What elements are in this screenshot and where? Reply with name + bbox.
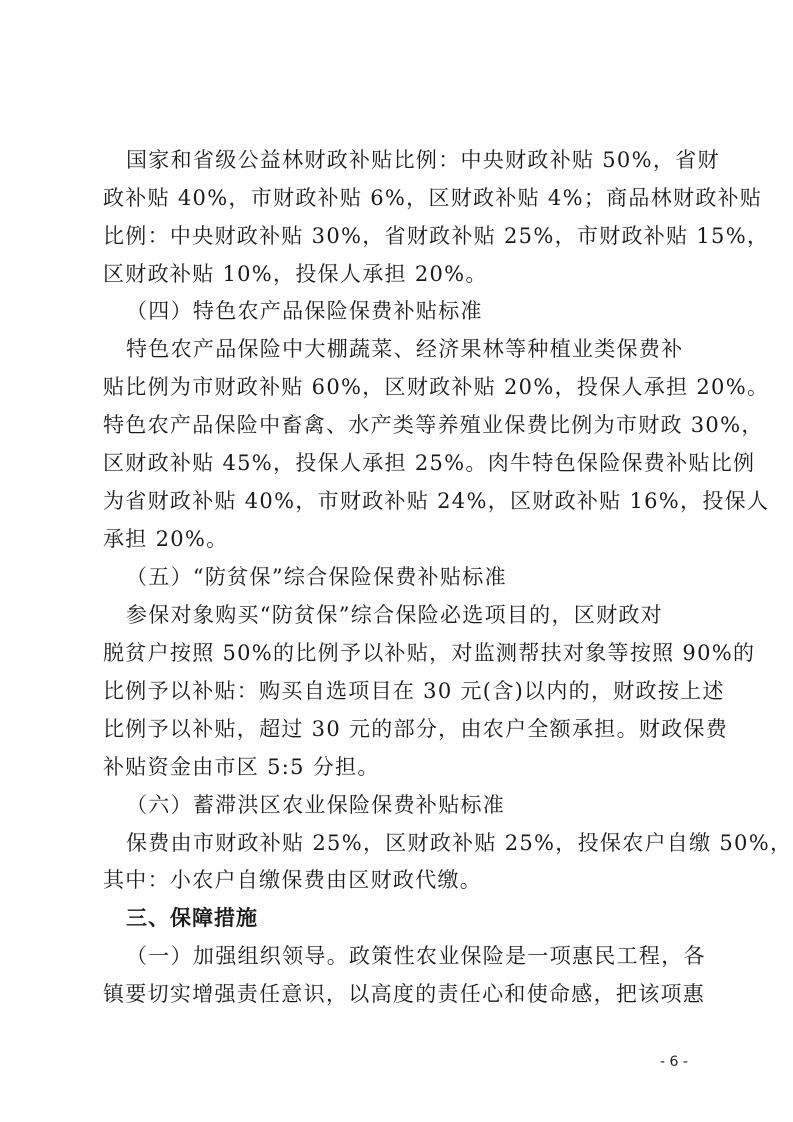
paragraph-line: 其中：小农户自缴保费由区财政代缴。 [103,866,693,894]
section-heading-6: （六）蓄滞洪区农业保险保费补贴标准 [126,791,716,819]
paragraph-line: 贴比例为市财政补贴 60%，区财政补贴 20%，投保人承担 20%。 [103,373,693,401]
page-number: - 6 - [660,1054,688,1070]
paragraph-line: 参保对象购买“防贫保”综合保险必选项目的，区财政对 [126,601,716,629]
paragraph-line: 保费由市财政补贴 25%，区财政补贴 25%，投保农户自缴 50%， [126,829,716,857]
paragraph-line: （一）加强组织领导。政策性农业保险是一项惠民工程，各 [126,942,716,970]
section-heading-safeguards: 三、保障措施 [126,904,716,932]
paragraph-line: 区财政补贴 45%，投保人承担 25%。肉牛特色保险保费补贴比例 [103,449,693,477]
paragraph-line: 特色农产品保险中畜禽、水产类等养殖业保费比例为市财政 30%， [103,411,693,439]
paragraph-line: 国家和省级公益林财政补贴比例：中央财政补贴 50%，省财 [126,146,716,174]
paragraph-line: 比例：中央财政补贴 30%，省财政补贴 25%，市财政补贴 15%， [103,222,693,250]
paragraph-line: 镇要切实增强责任意识，以高度的责任心和使命感，把该项惠 [103,980,693,1008]
paragraph-line: 补贴资金由市区 5:5 分担。 [103,753,693,781]
paragraph-line: 承担 20%。 [103,525,693,553]
paragraph-line: 特色农产品保险中大棚蔬菜、经济果林等种植业类保费补 [126,335,716,363]
document-page: 国家和省级公益林财政补贴比例：中央财政补贴 50%，省财 政补贴 40%，市财政… [0,0,793,1122]
section-heading-5: （五）“防贫保”综合保险保费补贴标准 [126,563,716,591]
paragraph-line: 比例予以补贴：购买自选项目在 30 元(含)以内的，财政按上述 [103,677,693,705]
paragraph-line: 为省财政补贴 40%，市财政补贴 24%，区财政补贴 16%，投保人 [103,487,693,515]
section-heading-4: （四）特色农产品保险保费补贴标准 [126,297,716,325]
paragraph-line: 脱贫户按照 50%的比例予以补贴，对监测帮扶对象等按照 90%的 [103,639,693,667]
paragraph-line: 政补贴 40%，市财政补贴 6%，区财政补贴 4%；商品林财政补贴 [103,184,693,212]
paragraph-line: 比例予以补贴，超过 30 元的部分，由农户全额承担。财政保费 [103,715,693,743]
paragraph-line: 区财政补贴 10%，投保人承担 20%。 [103,260,693,288]
